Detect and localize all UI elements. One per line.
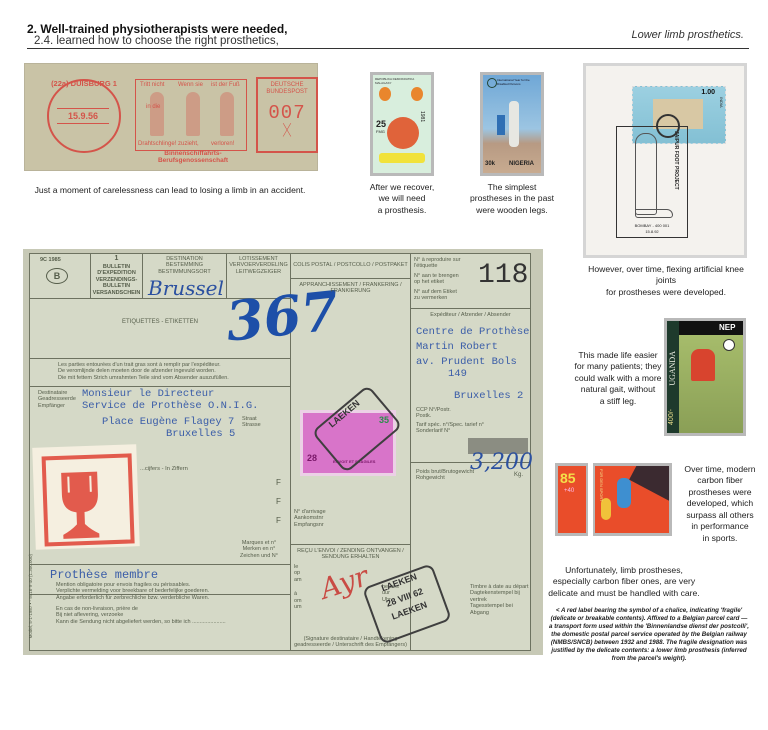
instructions: Les parties entourées d'un trait gras so… — [58, 362, 290, 381]
ccp-label: CCP N°/Postr.Postk. — [416, 407, 451, 420]
mention-lines: Mention obligatoire pour envois fragiles… — [56, 582, 209, 601]
left-arrow-icon: < — [556, 607, 560, 614]
caption-line: in sports. — [680, 533, 760, 544]
stamp-value: 1.00 — [701, 89, 715, 96]
label-line: Empfangsnr — [294, 522, 326, 528]
weight-handwritten: 3,200 — [470, 450, 533, 475]
caption-line: developed, which — [680, 498, 760, 509]
bulletin-label: BULLETIND'EXPEDITIONVERZENDINGS-BULLETIN… — [91, 264, 142, 296]
fragile-label — [32, 444, 139, 550]
recipient-signature: Ayr — [316, 559, 372, 605]
rotary-wheel-icon — [656, 114, 680, 138]
stamp-country: NIGERIA — [509, 161, 534, 167]
label-line: BESTIMMUNGSORT — [143, 269, 226, 275]
caption-line: for prostheses were developed. — [578, 287, 754, 298]
destination-label: DESTINATIONBESTEMMINGBESTIMMUNGSORT — [143, 256, 226, 275]
meter-country: DEUTSCHE BUNDESPOST — [258, 82, 316, 96]
worker-figure-icon — [150, 92, 164, 136]
caption-line: prostheses in the past — [462, 193, 562, 204]
ad-text: zuzieht, — [178, 141, 199, 147]
label-line: Aankomstnr — [294, 515, 326, 521]
franc-mark: F — [276, 480, 281, 486]
caption-line: we will need — [352, 193, 452, 204]
laeken-cancel: LAEKEN 28 VIII 62 LAEKEN — [362, 563, 452, 645]
caption-line: a prosthesis. — [352, 205, 452, 216]
caption-line: The simplest — [462, 182, 562, 193]
etiquettes-label: ETIQUETTES - ETIKETTEN — [30, 319, 290, 325]
caption-line: a stiff leg. — [568, 396, 668, 407]
caption-line: were wooden legs. — [462, 205, 562, 216]
stamp-germany-pair: 85 +40 FÜR DEN SPORT — [555, 463, 672, 536]
label-line: LEITWEGZEIGER — [227, 269, 290, 275]
stamp-germany-right: FÜR DEN SPORT — [595, 466, 669, 533]
note-line: (delicate or breakable contents). Affixe… — [549, 615, 749, 623]
leg-figure-icon — [186, 92, 200, 136]
label-line: N° auf dem Etiket zu vermerken — [414, 289, 464, 302]
ad-text: Drahtschlinge! — [138, 141, 176, 147]
ad-text: Tritt nicht — [140, 82, 164, 88]
stamp-caption-madagascar: After we recover, we will need a prosthe… — [352, 182, 452, 216]
label-line: VERVOERVERDELING — [227, 262, 290, 268]
label-line: N° à reproduire sur l'étiquette — [414, 257, 464, 270]
meter-ad-footer: Binnenschiffahrts-Berufsgenossenschaft — [133, 150, 253, 164]
note-line: A red label bearing the symbol of a chal… — [561, 607, 742, 614]
caption-line: Over time, modern — [680, 464, 760, 475]
lotissement-label: LOTISSEMENTVERVOERVERDELINGLEITWEGZEIGER — [227, 256, 290, 275]
label-line: Kann die Sendung nicht abgeliefert werde… — [56, 619, 226, 625]
weight-unit: Kg. — [514, 472, 523, 478]
stamp-caption-uganda: This made life easier for many patients;… — [568, 350, 668, 407]
caption-line: prostheses were — [680, 487, 760, 498]
sender-line: Martin Robert — [416, 341, 498, 353]
arrivage-label: N° d'arrivageAankomstnrEmpfangsnr — [294, 509, 326, 528]
label-line: SENDUNG ERHALTEN — [291, 554, 410, 560]
who-logo-icon — [723, 339, 735, 351]
franc-mark: F — [276, 499, 281, 505]
stamp-nigeria: International Year for the Disabled Pers… — [480, 72, 544, 176]
sender-line: Centre de Prothèse — [416, 326, 529, 338]
caption-line: carbon fiber — [680, 475, 760, 486]
postmark-place: BOMBAY - 400 001 — [621, 223, 683, 228]
stamp-madagascar: REPOBLIKA DEMOKRATIKA MALAGASY 25 FMG 19… — [370, 72, 434, 176]
page-title: 2. Well-trained physiotherapists were ne… — [27, 22, 288, 36]
posthorn-icon: ᚷ — [258, 122, 316, 139]
label-line: um — [294, 604, 302, 610]
label-line: Postk. — [416, 413, 451, 419]
topic-label: Lower limb prosthetics. — [632, 29, 745, 41]
stamp-surcharge: +40 — [564, 488, 574, 494]
india-cover: 1.00 INDIA JAIPUR FOOT PROJECT BOMBAY - … — [583, 63, 747, 258]
bag-icon — [497, 115, 505, 135]
label-line: FRANKIERUNG — [291, 288, 410, 294]
meter-mark-cutout: (22a) DUISBURG 1 15.9.56 Tritt nicht in … — [24, 63, 318, 171]
timbre-label: Timbre à date au départDagtekenstempel b… — [470, 584, 530, 616]
label-line: VERSANDSCHEIN — [91, 290, 142, 296]
recipient-line: Monsieur le Directeur — [82, 388, 214, 400]
stamp-theme: International Year for the Disabled Pers… — [497, 78, 539, 86]
stamp-caption-india: However, over time, flexing artificial k… — [578, 264, 754, 298]
patient-figure-icon — [691, 349, 715, 381]
meter-caption: Just a moment of carelessness can lead t… — [24, 185, 316, 196]
label-line: Strasse — [242, 422, 261, 428]
colis-postal-label: COLIS POSTAL / POSTCOLLO / POSTPAKET — [291, 262, 410, 268]
recipient-label: DestinataireGeadresseerdeEmpfänger — [38, 390, 76, 409]
banner-ribbon — [379, 153, 425, 163]
foot-icon — [635, 209, 673, 218]
stamp-country: UGANDA — [668, 351, 677, 386]
postmark-text: JAIPUR FOOT PROJECT — [673, 131, 679, 190]
label-line: Dagtekenstempel bij vertrek — [470, 590, 530, 603]
caption-line: Unfortunately, limb prostheses, — [548, 565, 700, 576]
iydp-logo-icon — [487, 78, 497, 88]
label-line: Empfänger — [38, 403, 76, 409]
stamp-germany-left: 85 +40 — [558, 466, 586, 533]
note-line: a transport form used within the 'Binnen… — [549, 623, 749, 631]
parcel-number: 118 — [478, 260, 528, 291]
label-line: Verplichte vermelding voor breekbare of … — [56, 588, 209, 594]
closing-caption: Unfortunately, limb prostheses, especial… — [548, 565, 700, 599]
caption-line: especially carbon fiber ones, are very — [548, 576, 700, 587]
caption-line: for many patients; they — [568, 361, 668, 372]
postmark-town: (22a) DUISBURG 1 — [49, 79, 119, 88]
caption-line: surpass all others — [680, 510, 760, 521]
label-line: N° aan te brengen op het etiket — [414, 273, 464, 286]
label-line: Die mit fettem Strich umrahmten Teile si… — [58, 375, 290, 381]
explanatory-note: < A red label bearing the symbol of a ch… — [549, 607, 749, 663]
note-line: (NMBS/SNCB) between 1932 and 1988. The f… — [549, 639, 749, 647]
caption-line: in performance — [680, 521, 760, 532]
tarif-label: Tarif spéc. n°/Spec. tarief n°Sonderlari… — [416, 422, 484, 435]
label-line: Angabe erforderlich für zerbrechliche bz… — [56, 595, 209, 601]
stamp-country: REPOBLIKA DEMOKRATIKA MALAGASY — [375, 77, 429, 85]
stamp-caption-nigeria: The simplest prostheses in the past were… — [462, 182, 562, 216]
jaipur-foot-postmark: JAIPUR FOOT PROJECT BOMBAY - 400 001 15.… — [616, 126, 688, 238]
form-code: 9C 1985 — [40, 257, 61, 263]
label-line: am — [294, 577, 302, 583]
parcel-form: 9C 1985 B 1 BULLETIND'EXPEDITIONVERZENDI… — [29, 253, 531, 651]
stamp-value: 30k — [485, 161, 495, 167]
note-line: from the parcel's weight). — [549, 655, 749, 663]
meter-advertisement: Tritt nicht in die Drahtschlinge! Wenn s… — [135, 79, 247, 151]
sender-city: Bruxelles 2 — [454, 390, 523, 402]
franc-mark: F — [276, 518, 281, 524]
gutter — [588, 463, 593, 536]
sender-header: Expéditeur / Afzender / Absender — [411, 312, 530, 318]
ad-text: ist der Fuß — [211, 82, 240, 88]
stripe-decor — [629, 466, 669, 508]
number-labels: N° à reproduire sur l'étiquette N° aan t… — [414, 257, 464, 301]
caption-line: could walk with a more — [568, 373, 668, 384]
caption-line: After we recover, — [352, 182, 452, 193]
affranchissement-label: APPRANCHISSEMENT / FRANKERING /FRANKIERU… — [291, 282, 410, 295]
side-print: Model, 5-1-1987 • - 9416-9-40 (1.300.000… — [28, 554, 34, 638]
belgian-parcel-card: 9C 1985 B 1 BULLETIND'EXPEDITIONVERZENDI… — [23, 249, 543, 655]
chalice-icon — [59, 468, 101, 541]
page-subtitle: 2.4. learned how to choose the right pro… — [34, 35, 279, 47]
ad-text: verloren! — [211, 141, 234, 147]
label-line: geadresseerde / Unterschrift des Empfäng… — [291, 642, 410, 648]
caption-line: natural gait, without — [568, 384, 668, 395]
recipient-city: Bruxelles 5 — [166, 428, 235, 440]
street-label: StraatStrasse — [242, 416, 261, 429]
globe-icon — [387, 117, 419, 149]
ad-text: Wenn sie — [178, 82, 203, 88]
runner-icon — [617, 478, 631, 508]
label-line: D'EXPEDITION — [91, 270, 142, 276]
amputee-figure-icon — [220, 92, 234, 136]
medal-icon — [379, 87, 391, 101]
recu-fields: leopam àomum — [294, 564, 302, 610]
weight-label: Poids brut/BrutogewichtRohgewicht — [416, 469, 474, 482]
stamp-value: 25 — [376, 119, 386, 129]
stamp-caption-germany: Over time, modern carbon fiber prosthese… — [680, 464, 760, 544]
recipient-street: Place Eugène Flagey 7 — [102, 416, 234, 428]
note-line: the domestic postal parcel service opera… — [549, 631, 749, 639]
nep-logo: NEP — [719, 323, 735, 332]
stamp-currency: FMG — [376, 129, 385, 134]
stamp-country: INDIA — [719, 97, 724, 108]
stamp-uganda: UGANDA 400/- NEP — [664, 318, 746, 436]
sender-line: av. Prudent Bols — [416, 356, 517, 368]
caption-line: This made life easier — [568, 350, 668, 361]
postmark-date: 15.9.56 — [57, 108, 109, 124]
meter-value-box: DEUTSCHE BUNDESPOST 007 ᚷ — [256, 77, 318, 153]
label-line: Sonderlarif N° — [416, 428, 484, 434]
medal-icon — [411, 87, 423, 101]
stamp-value: 85 — [560, 470, 576, 486]
nonlivraison-lines: En cas de non-livraison, prière deBij ni… — [56, 606, 226, 625]
contents-typed: Prothèse membre — [50, 568, 158, 582]
chiffres-label: ...cijfers - In Ziffern — [140, 466, 188, 472]
label-line: Tagesstempel bei Abgang — [470, 603, 530, 616]
sncb-logo: B — [46, 268, 68, 284]
bulletin-number: 1 — [91, 256, 142, 262]
recu-label: REÇU L'ENVOI / ZENDING ONTVANGEN /SENDUN… — [291, 548, 410, 561]
note-line: justified by the delicate contents: a lo… — [549, 647, 749, 655]
label-line: Rohgewicht — [416, 475, 474, 481]
caption-line: delicate and must be handled with care. — [548, 588, 700, 599]
recipient-line: Service de Prothèse O.N.I.G. — [82, 400, 258, 412]
meter-value: 007 — [258, 102, 316, 124]
label-line: Geadresseerde — [38, 396, 76, 402]
marques-label: Marques et n°Merken en n°Zeichen und N° — [228, 540, 290, 559]
stamp-value: 28 — [307, 453, 317, 463]
stamp-theme: FÜR DEN SPORT — [599, 469, 604, 502]
stamp-year: 1981 — [419, 111, 425, 122]
postmark-circle: (22a) DUISBURG 1 15.9.56 — [47, 79, 121, 153]
leg-prosthesis-icon — [635, 133, 657, 215]
sender-line: 149 — [448, 368, 467, 380]
destination-handwritten: Brussel — [148, 276, 224, 300]
man-figure-icon — [509, 101, 519, 147]
postmark-date: 15.8.92 — [621, 229, 683, 234]
header-divider — [27, 48, 749, 49]
caption-line: However, over time, flexing artificial k… — [578, 264, 754, 287]
stamp-value: 400/- — [668, 409, 675, 425]
label-line: Zeichen und N° — [228, 553, 290, 559]
